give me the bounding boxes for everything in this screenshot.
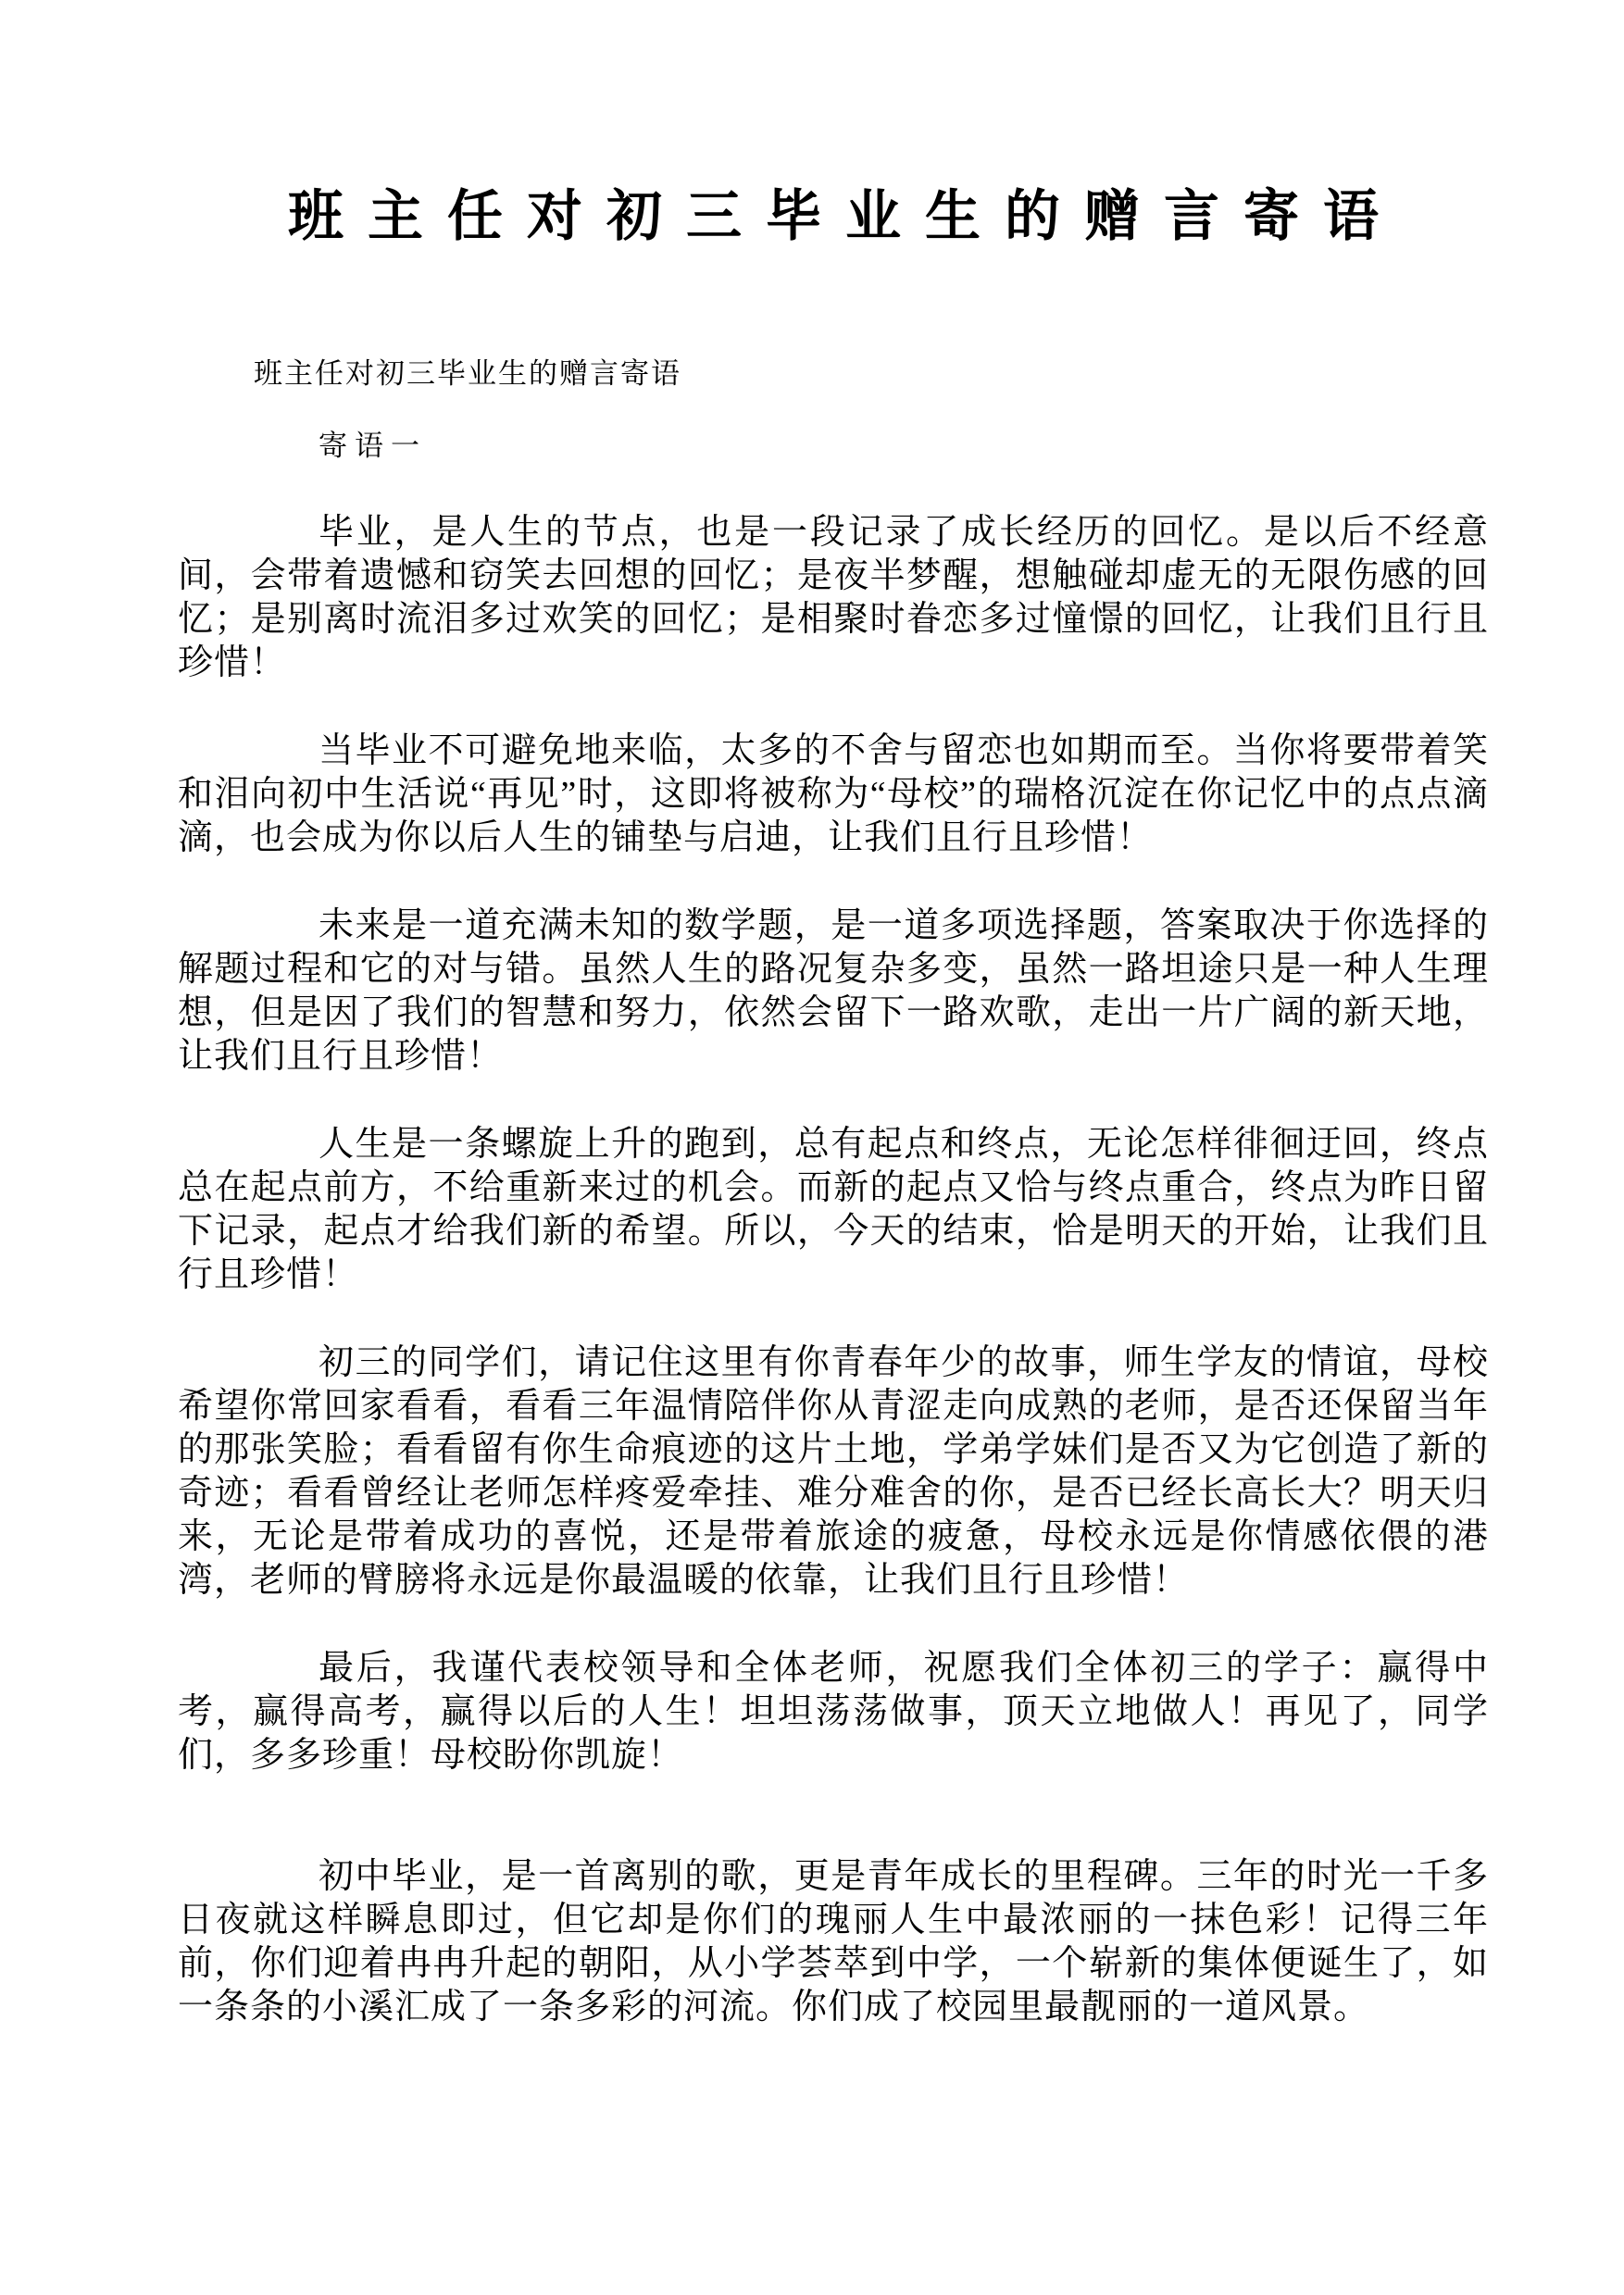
document-title: 班主任对初三毕业生的赠言寄语 — [178, 181, 1489, 252]
document-subtitle: 班主任对初三毕业生的赠言寄语 — [178, 355, 1489, 393]
paragraph: 当毕业不可避免地来临，太多的不舍与留恋也如期而至。当你将要带着笑和泪向初中生活说… — [178, 730, 1489, 860]
document-page: 班主任对初三毕业生的赠言寄语 班主任对初三毕业生的赠言寄语 寄语一 毕业，是人生… — [0, 0, 1624, 2295]
paragraph: 未来是一道充满未知的数学题，是一道多项选择题，答案取决于你选择的解题过程和它的对… — [178, 904, 1489, 1079]
paragraph: 人生是一条螺旋上升的跑到，总有起点和终点，无论怎样徘徊迂回，终点总在起点前方，不… — [178, 1123, 1489, 1297]
paragraph: 初三的同学们，请记住这里有你青春年少的故事，师生学友的情谊，母校希望你常回家看看… — [178, 1341, 1489, 1603]
paragraph: 最后，我谨代表校领导和全体老师，祝愿我们全体初三的学子：赢得中 考，赢得高考，赢… — [178, 1647, 1489, 1777]
paragraph: 毕业，是人生的节点，也是一段记录了成长经历的回忆。是以后不经意 间，会带着遗憾和… — [178, 511, 1489, 685]
section-heading: 寄语一 — [178, 428, 1489, 465]
paragraph: 初中毕业，是一首离别的歌，更是青年成长的里程碑。三年的时光一千多日夜就这样瞬息即… — [178, 1855, 1489, 2029]
